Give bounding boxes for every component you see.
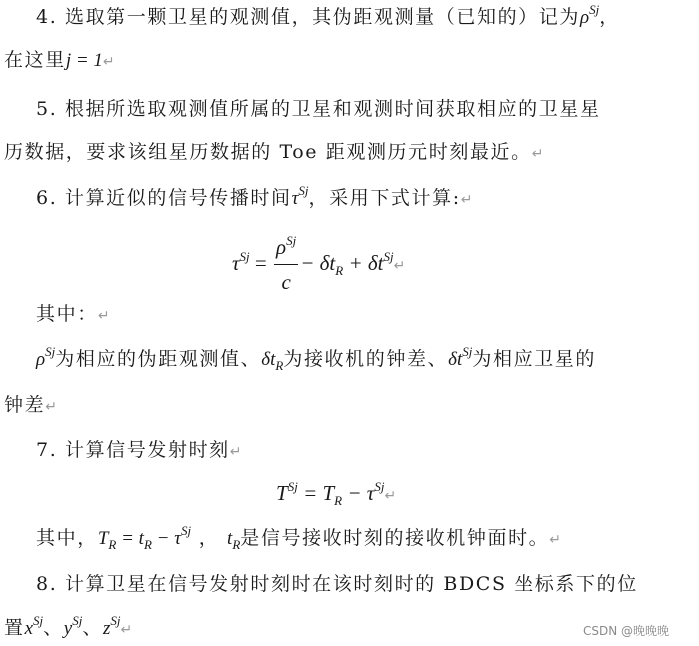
superscript: Sj [45,344,55,359]
j-equals-1: j = 1 [66,50,103,71]
superscript: Sj [374,479,384,494]
paragraph-mark-icon: ↵ [120,622,132,638]
step-8-text-2: 置 [4,617,25,639]
plus-delta-t: + δt [343,251,383,275]
fraction-bar [274,264,298,265]
superscript: Sj [33,613,43,628]
step-7-text: 7. 计算信号发射时刻 [36,439,230,461]
definition-text: 钟差 [4,394,45,416]
separator: 、 [43,617,64,639]
minus-tau: − τ [152,528,181,549]
paragraph-mark-icon: ↵ [98,308,110,324]
subscript: R [334,493,342,508]
paragraph-mark-icon: ↵ [532,146,544,162]
paragraph-mark-icon: ↵ [461,192,473,208]
step-4-text: 4. 选取第一颗卫星的观测值，其伪距观测量（已知的）记为 [36,6,580,28]
step-5-line-1: 5. 根据所选取观测值所属的卫星和观测时间获取相应的卫星星 [36,97,601,121]
rho-symbol: ρ [36,349,45,370]
paragraph-mark-icon: ↵ [394,258,406,274]
step-8-line-2: 置xSj、ySj、zSj↵ [4,616,132,642]
paragraph-mark-icon: ↵ [384,488,396,504]
denominator: c [274,267,298,297]
delta-t-symbol: δt [448,349,462,370]
where-2-text: 是信号接收时刻的接收机钟面时。 [240,527,549,549]
formula-1: τSj = ρSjc− δtR + δtSj↵ [232,232,405,297]
step-7-line: 7. 计算信号发射时刻↵ [36,438,242,464]
step-4-line-2: 在这里j = 1↵ [4,48,115,74]
numerator: ρSj [274,232,298,262]
fraction: ρSjc [274,232,298,297]
equals-t: = t [116,528,144,549]
superscript: Sj [589,2,599,17]
superscript: Sj [462,344,472,359]
subscript: R [144,537,152,552]
definitions-line-2: 钟差↵ [4,393,57,419]
step-8-text: 8. 计算卫星在信号发射时刻时在该时刻时的 BDCS 坐标系下的位 [36,573,638,595]
rho-symbol: ρ [580,7,589,28]
paragraph-mark-icon: ↵ [45,399,57,415]
where-text: 其中： [36,303,98,325]
tau-symbol: τ [232,251,240,275]
definition-text: 为接收机的钟差、 [283,348,448,370]
step-6-text: 6. 计算近似的信号传播时间 [36,187,292,209]
step-4-text-2: 在这里 [4,49,66,71]
paragraph-mark-icon: ↵ [103,54,115,70]
superscript: Sj [383,249,393,264]
T-symbol: T [98,528,109,549]
comma: ， [599,6,620,28]
where-label: 其中：↵ [36,302,110,328]
superscript: Sj [72,613,82,628]
formula-2: TSj = TR − τSj↵ [276,481,396,508]
superscript: Sj [288,479,298,494]
rho-symbol: ρ [276,235,286,259]
equals-T: = T [298,481,334,505]
step-8-line-1: 8. 计算卫星在信号发射时刻时在该时刻时的 BDCS 坐标系下的位 [36,572,638,596]
T-symbol: T [276,481,288,505]
paragraph-mark-icon: ↵ [230,444,242,460]
x-symbol: x [25,618,33,639]
separator: 、 [82,617,103,639]
superscript: Sj [181,523,191,538]
superscript: Sj [286,233,296,248]
step-5-text-2: 历数据，要求该组星历数据的 Toe 距观测历元时刻最近。 [4,141,532,163]
subscript: R [335,263,343,278]
watermark: CSDN @晚晚晚 [583,622,669,639]
step-5-line-2: 历数据，要求该组星历数据的 Toe 距观测历元时刻最近。↵ [4,140,544,166]
definition-text: 为相应的伪距观测值、 [55,348,261,370]
superscript: Sj [298,183,308,198]
minus-delta-t: − δt [300,251,335,275]
definitions-line-1: ρSj为相应的伪距观测值、δtR为接收机的钟差、δtSj为相应卫星的 [36,347,596,372]
separator: ， [191,527,227,549]
definition-text: 为相应卫星的 [472,348,596,370]
superscript: Sj [110,613,120,628]
delta-t-symbol: δt [261,349,275,370]
minus-tau: − τ [342,481,374,505]
step-6-line: 6. 计算近似的信号传播时间τSj，采用下式计算:↵ [36,186,472,212]
step-6-suffix: ，采用下式计算: [309,187,461,209]
equals: = [250,251,272,275]
step-5-text: 5. 根据所选取观测值所属的卫星和观测时间获取相应的卫星星 [36,98,601,120]
step-4-line-1: 4. 选取第一颗卫星的观测值，其伪距观测量（已知的）记为ρSj， [36,5,620,30]
where-text: 其中， [36,527,98,549]
where-2-line: 其中，TR = tR − τSj ， tR是信号接收时刻的接收机钟面时。↵ [36,526,561,552]
superscript: Sj [240,249,250,264]
paragraph-mark-icon: ↵ [549,532,561,548]
y-symbol: y [64,618,72,639]
